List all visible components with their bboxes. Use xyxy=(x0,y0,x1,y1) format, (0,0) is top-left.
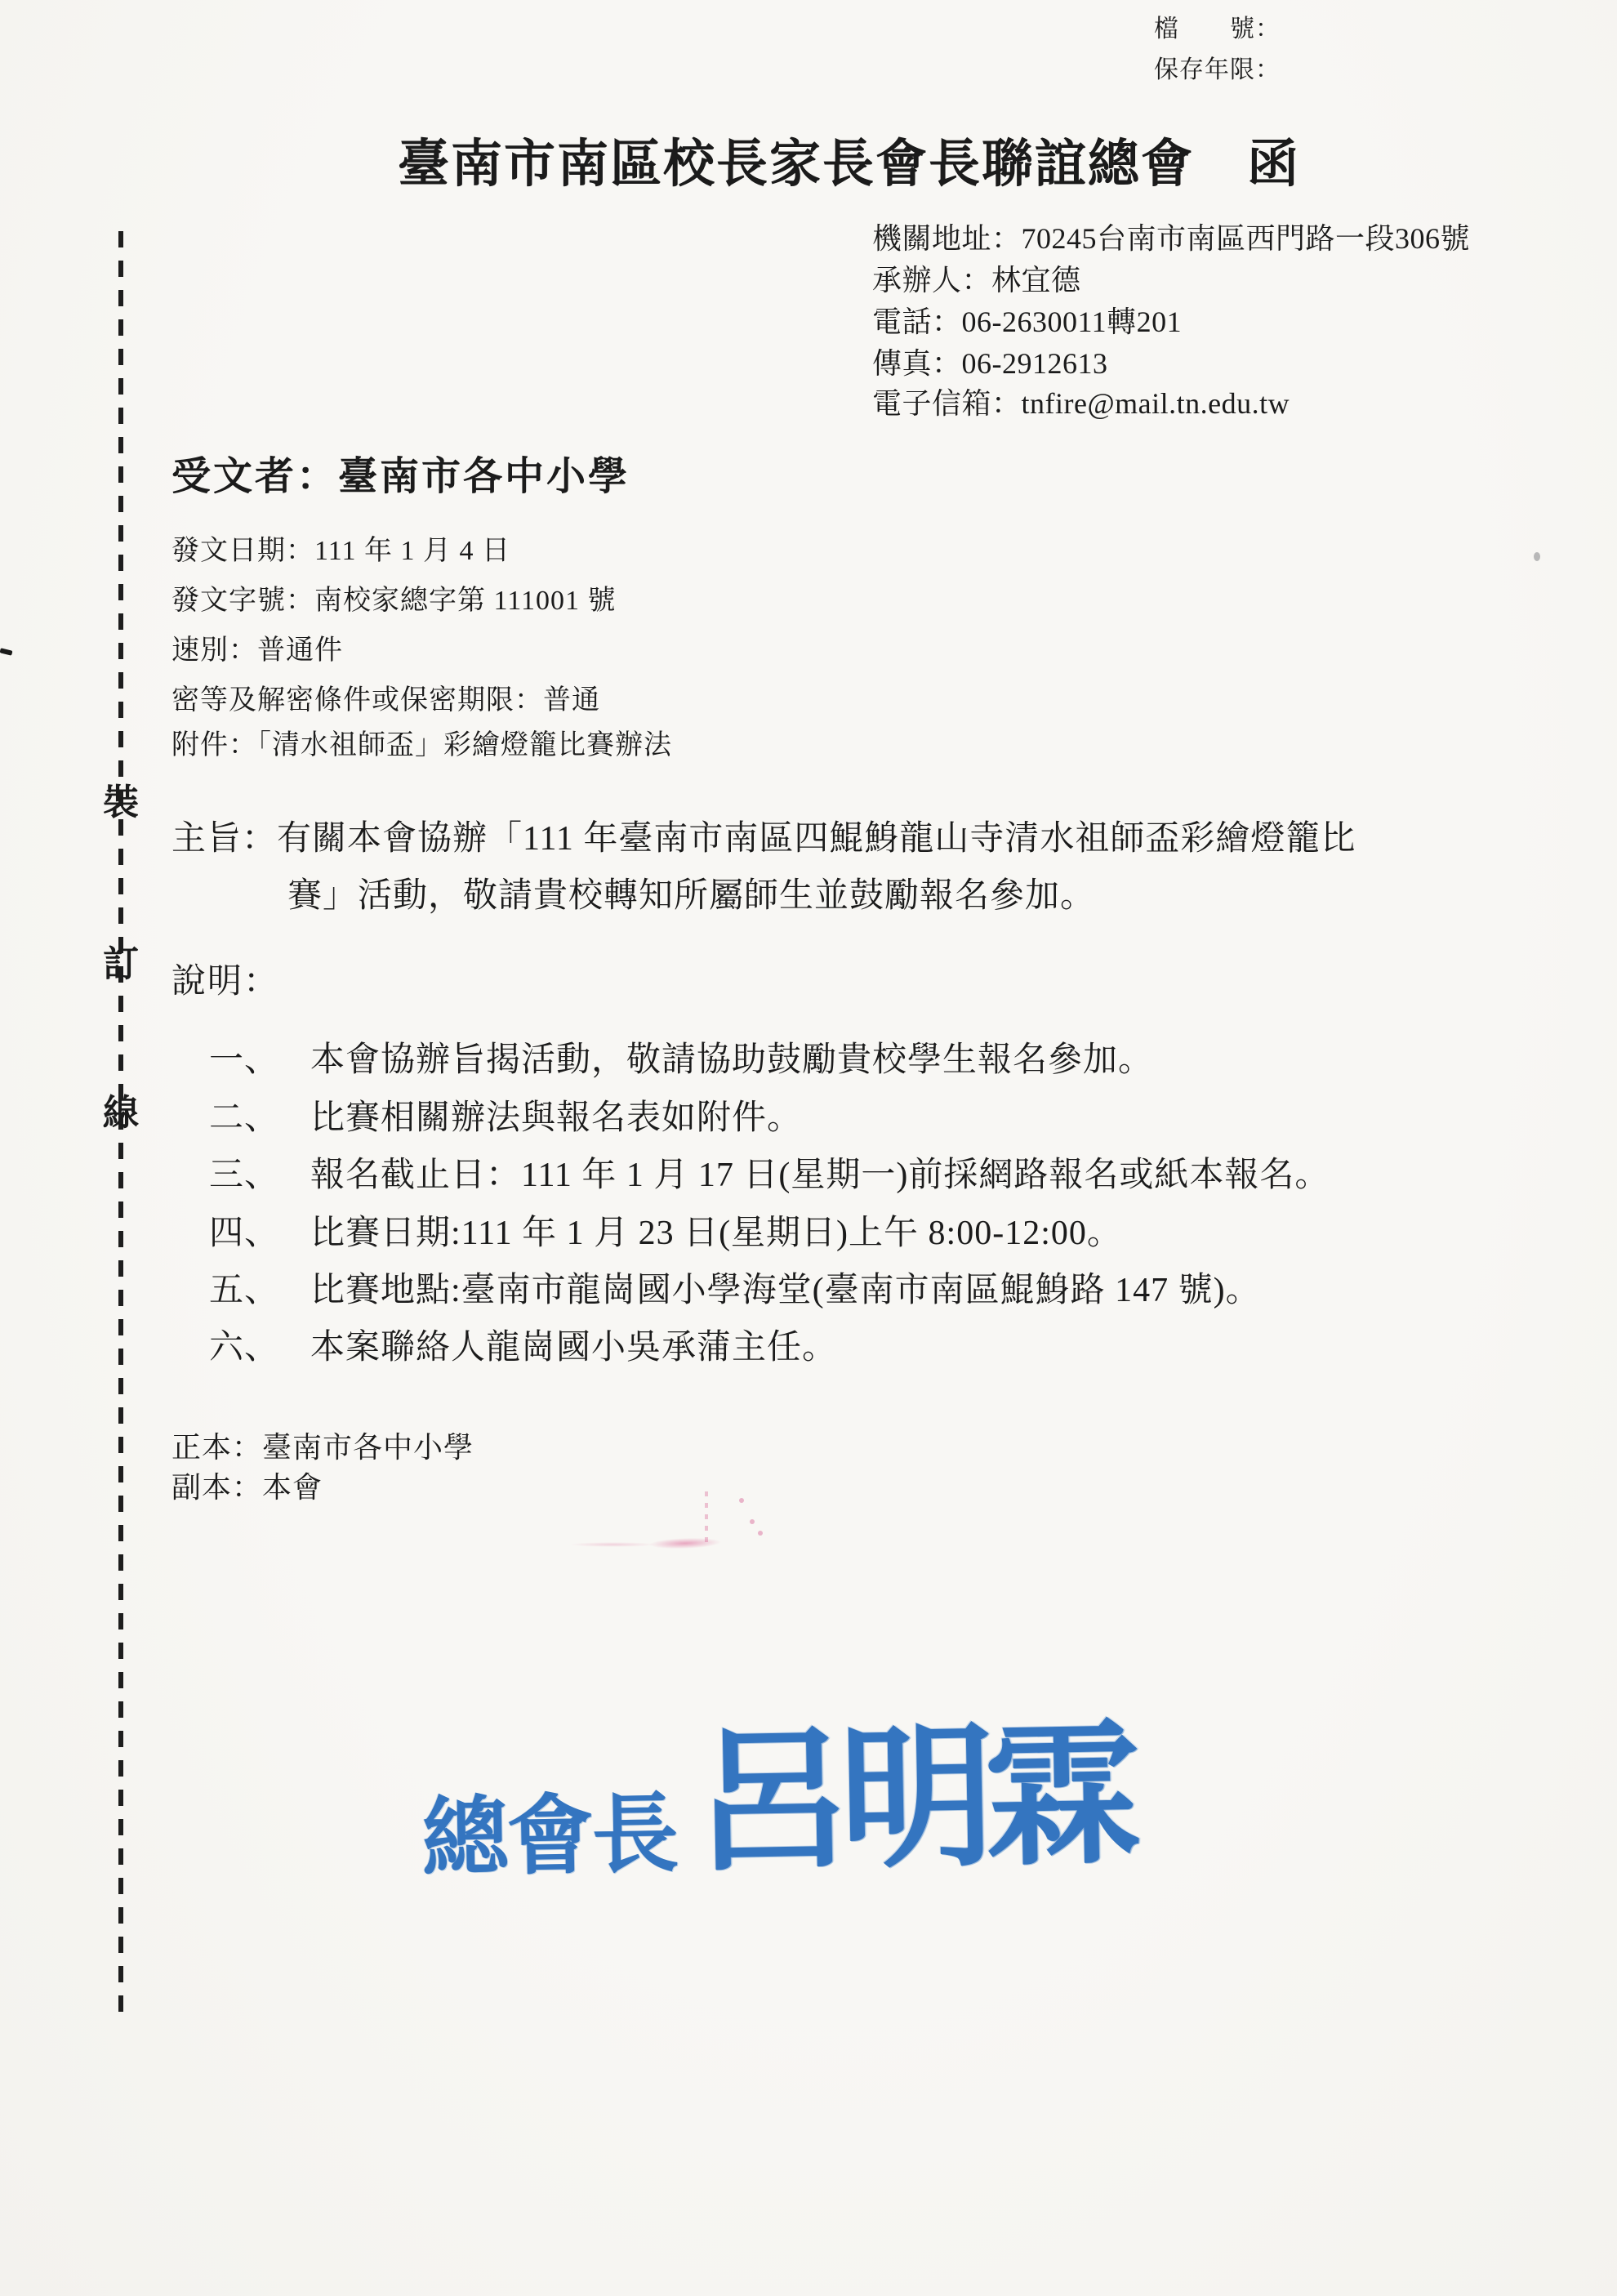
stamp-title: 總會長 xyxy=(421,1764,678,1893)
scan-artifact-pink-dot xyxy=(758,1531,763,1536)
explanation-item-1: 一、本會協辦旨揭活動，敬請協助鼓勵貴校學生報名參加。 xyxy=(209,1032,1153,1081)
item-number: 五、 xyxy=(209,1263,279,1312)
retention-period-label: 保存年限： xyxy=(1154,49,1281,85)
item-text: 本案聯絡人龍崗國小吳承蒲主任。 xyxy=(310,1329,837,1366)
stamp-name: 呂明霖 xyxy=(692,1670,1132,1901)
attachment-line: 附件：「清水祖師盃」彩繪燈籠比賽辦法 xyxy=(171,722,672,762)
explanation-item-3: 三、報名截止日：111 年 1 月 17 日(星期一)前採網路報名或紙本報名。 xyxy=(209,1148,1330,1197)
explanation-item-2: 二、比賽相關辦法與報名表如附件。 xyxy=(209,1090,802,1139)
scan-artifact-gray-speck xyxy=(1534,552,1540,561)
binding-char-zhuang: 裝 xyxy=(103,773,139,825)
item-number: 二、 xyxy=(209,1090,279,1139)
sender-email: 電子信箱：tnfire@mail.tn.edu.tw xyxy=(872,381,1290,422)
scan-artifact-pink-streak xyxy=(705,1491,708,1545)
item-text: 比賽地點:臺南市龍崗國小學海堂(臺南市南區鯤鯓路 147 號)。 xyxy=(310,1272,1261,1309)
binding-char-ding: 訂 xyxy=(103,934,139,987)
scan-artifact-pink-dot xyxy=(739,1498,744,1503)
document-title: 臺南市南區校長家長會長聯誼總會 函 xyxy=(398,123,1300,197)
scan-artifact-pink-trail xyxy=(570,1542,656,1547)
subject-text-1: 有關本會協辦「111 年臺南市南區四鯤鯓龍山寺清水祖師盃彩繪燈籠比 xyxy=(277,820,1356,858)
item-number: 三、 xyxy=(209,1148,279,1197)
scan-artifact-left-tick xyxy=(0,648,13,655)
item-text: 比賽相關辦法與報名表如附件。 xyxy=(310,1099,802,1137)
issue-date: 發文日期：111 年 1 月 4 日 xyxy=(171,528,510,568)
recipient-line: 受文者：臺南市各中小學 xyxy=(171,444,630,501)
item-number: 六、 xyxy=(209,1320,279,1369)
document-page: 檔 號： 保存年限： 臺南市南區校長家長會長聯誼總會 函 機關地址：70245台… xyxy=(0,0,1617,2296)
file-number-label: 檔 號： xyxy=(1154,8,1281,44)
item-number: 四、 xyxy=(209,1206,279,1255)
item-text: 本會協辦旨揭活動，敬請協助鼓勵貴校學生報名參加。 xyxy=(310,1041,1153,1079)
sender-contact-person: 承辦人：林宜德 xyxy=(872,257,1081,299)
item-text: 比賽日期:111 年 1 月 23 日(星期日)上午 8:00-12:00。 xyxy=(310,1215,1122,1252)
subject-label: 主旨： xyxy=(171,820,277,858)
president-stamp: 總會長 呂明霖 xyxy=(407,1670,1170,1919)
original-copy-line: 正本：臺南市各中小學 xyxy=(171,1424,474,1466)
item-text: 報名截止日：111 年 1 月 17 日(星期一)前採網路報名或紙本報名。 xyxy=(310,1157,1330,1194)
cc-copy-line: 副本：本會 xyxy=(171,1465,323,1506)
scan-artifact-pink-dot xyxy=(750,1519,755,1524)
subject-line-2: 賽」活動，敬請貴校轉知所屬師生並鼓勵報名參加。 xyxy=(287,868,1095,917)
sender-address: 機關地址：70245台南市南區西門路一段306號 xyxy=(872,216,1470,257)
item-number: 一、 xyxy=(209,1032,279,1081)
security-class: 密等及解密條件或保密期限：普通 xyxy=(171,677,600,717)
sender-phone: 電話：06-2630011轉201 xyxy=(872,299,1182,341)
binding-char-xian: 線 xyxy=(103,1083,139,1135)
document-number: 發文字號：南校家總字第 111001 號 xyxy=(171,577,616,617)
sender-fax: 傳真：06-2912613 xyxy=(872,341,1108,382)
speed-class: 速別：普通件 xyxy=(171,627,343,667)
explanation-item-6: 六、本案聯絡人龍崗國小吳承蒲主任。 xyxy=(209,1320,837,1369)
explanation-heading: 說明： xyxy=(171,954,279,1003)
scan-artifact-pink-smudge xyxy=(649,1536,721,1549)
explanation-item-5: 五、比賽地點:臺南市龍崗國小學海堂(臺南市南區鯤鯓路 147 號)。 xyxy=(209,1263,1261,1312)
explanation-item-4: 四、比賽日期:111 年 1 月 23 日(星期日)上午 8:00-12:00。 xyxy=(209,1206,1122,1255)
subject-line-1: 主旨：有關本會協辦「111 年臺南市南區四鯤鯓龍山寺清水祖師盃彩繪燈籠比 xyxy=(171,811,1356,860)
